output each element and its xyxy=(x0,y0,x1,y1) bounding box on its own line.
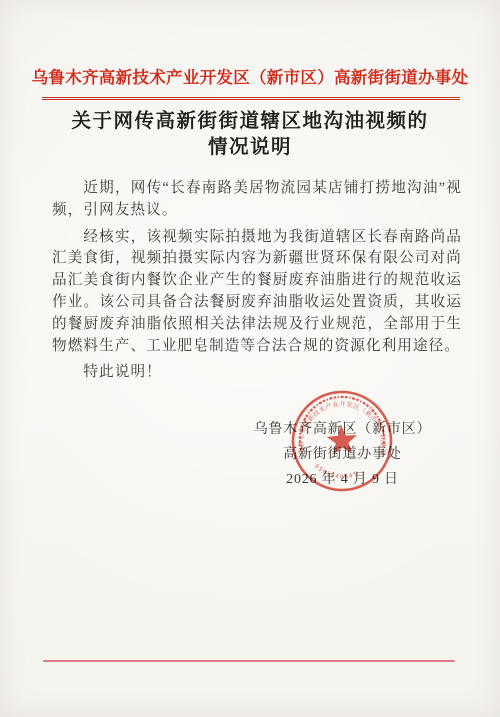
body-paragraph-2: 经核实，该视频实际拍摄地为我街道辖区长春南路尚品汇美食街，视频拍摄实际内容为新疆… xyxy=(52,227,462,358)
seal-star-icon xyxy=(326,424,358,454)
official-red-seal: 乌鲁木齐高新技术产业开发区（新市区）高新街街道办事处 6501040545 xyxy=(286,385,397,496)
letterhead-org-name: 乌鲁木齐高新技术产业开发区（新市区）高新街街道办事处 xyxy=(0,64,500,88)
document-title-line1: 关于网传高新街街道辖区地沟油视频的 xyxy=(0,109,500,135)
letterhead-divider-rule xyxy=(42,97,460,100)
document-body: 近期，网传“长春南路美居物流园某店铺打捞地沟油”视频，引网友热议。 经核实，该视… xyxy=(52,178,462,384)
document-title: 关于网传高新街街道辖区地沟油视频的 情况说明 xyxy=(0,109,500,161)
document-title-line2: 情况说明 xyxy=(0,135,500,161)
body-paragraph-closing: 特此说明！ xyxy=(52,362,462,384)
scanned-document-page: 乌鲁木齐高新技术产业开发区（新市区）高新街街道办事处 关于网传高新街街道辖区地沟… xyxy=(0,0,500,717)
seal-code-number: 6501040545 xyxy=(313,461,360,482)
body-paragraph-1: 近期，网传“长春南路美居物流园某店铺打捞地沟油”视频，引网友热议。 xyxy=(52,178,462,222)
footer-rule xyxy=(43,660,455,662)
